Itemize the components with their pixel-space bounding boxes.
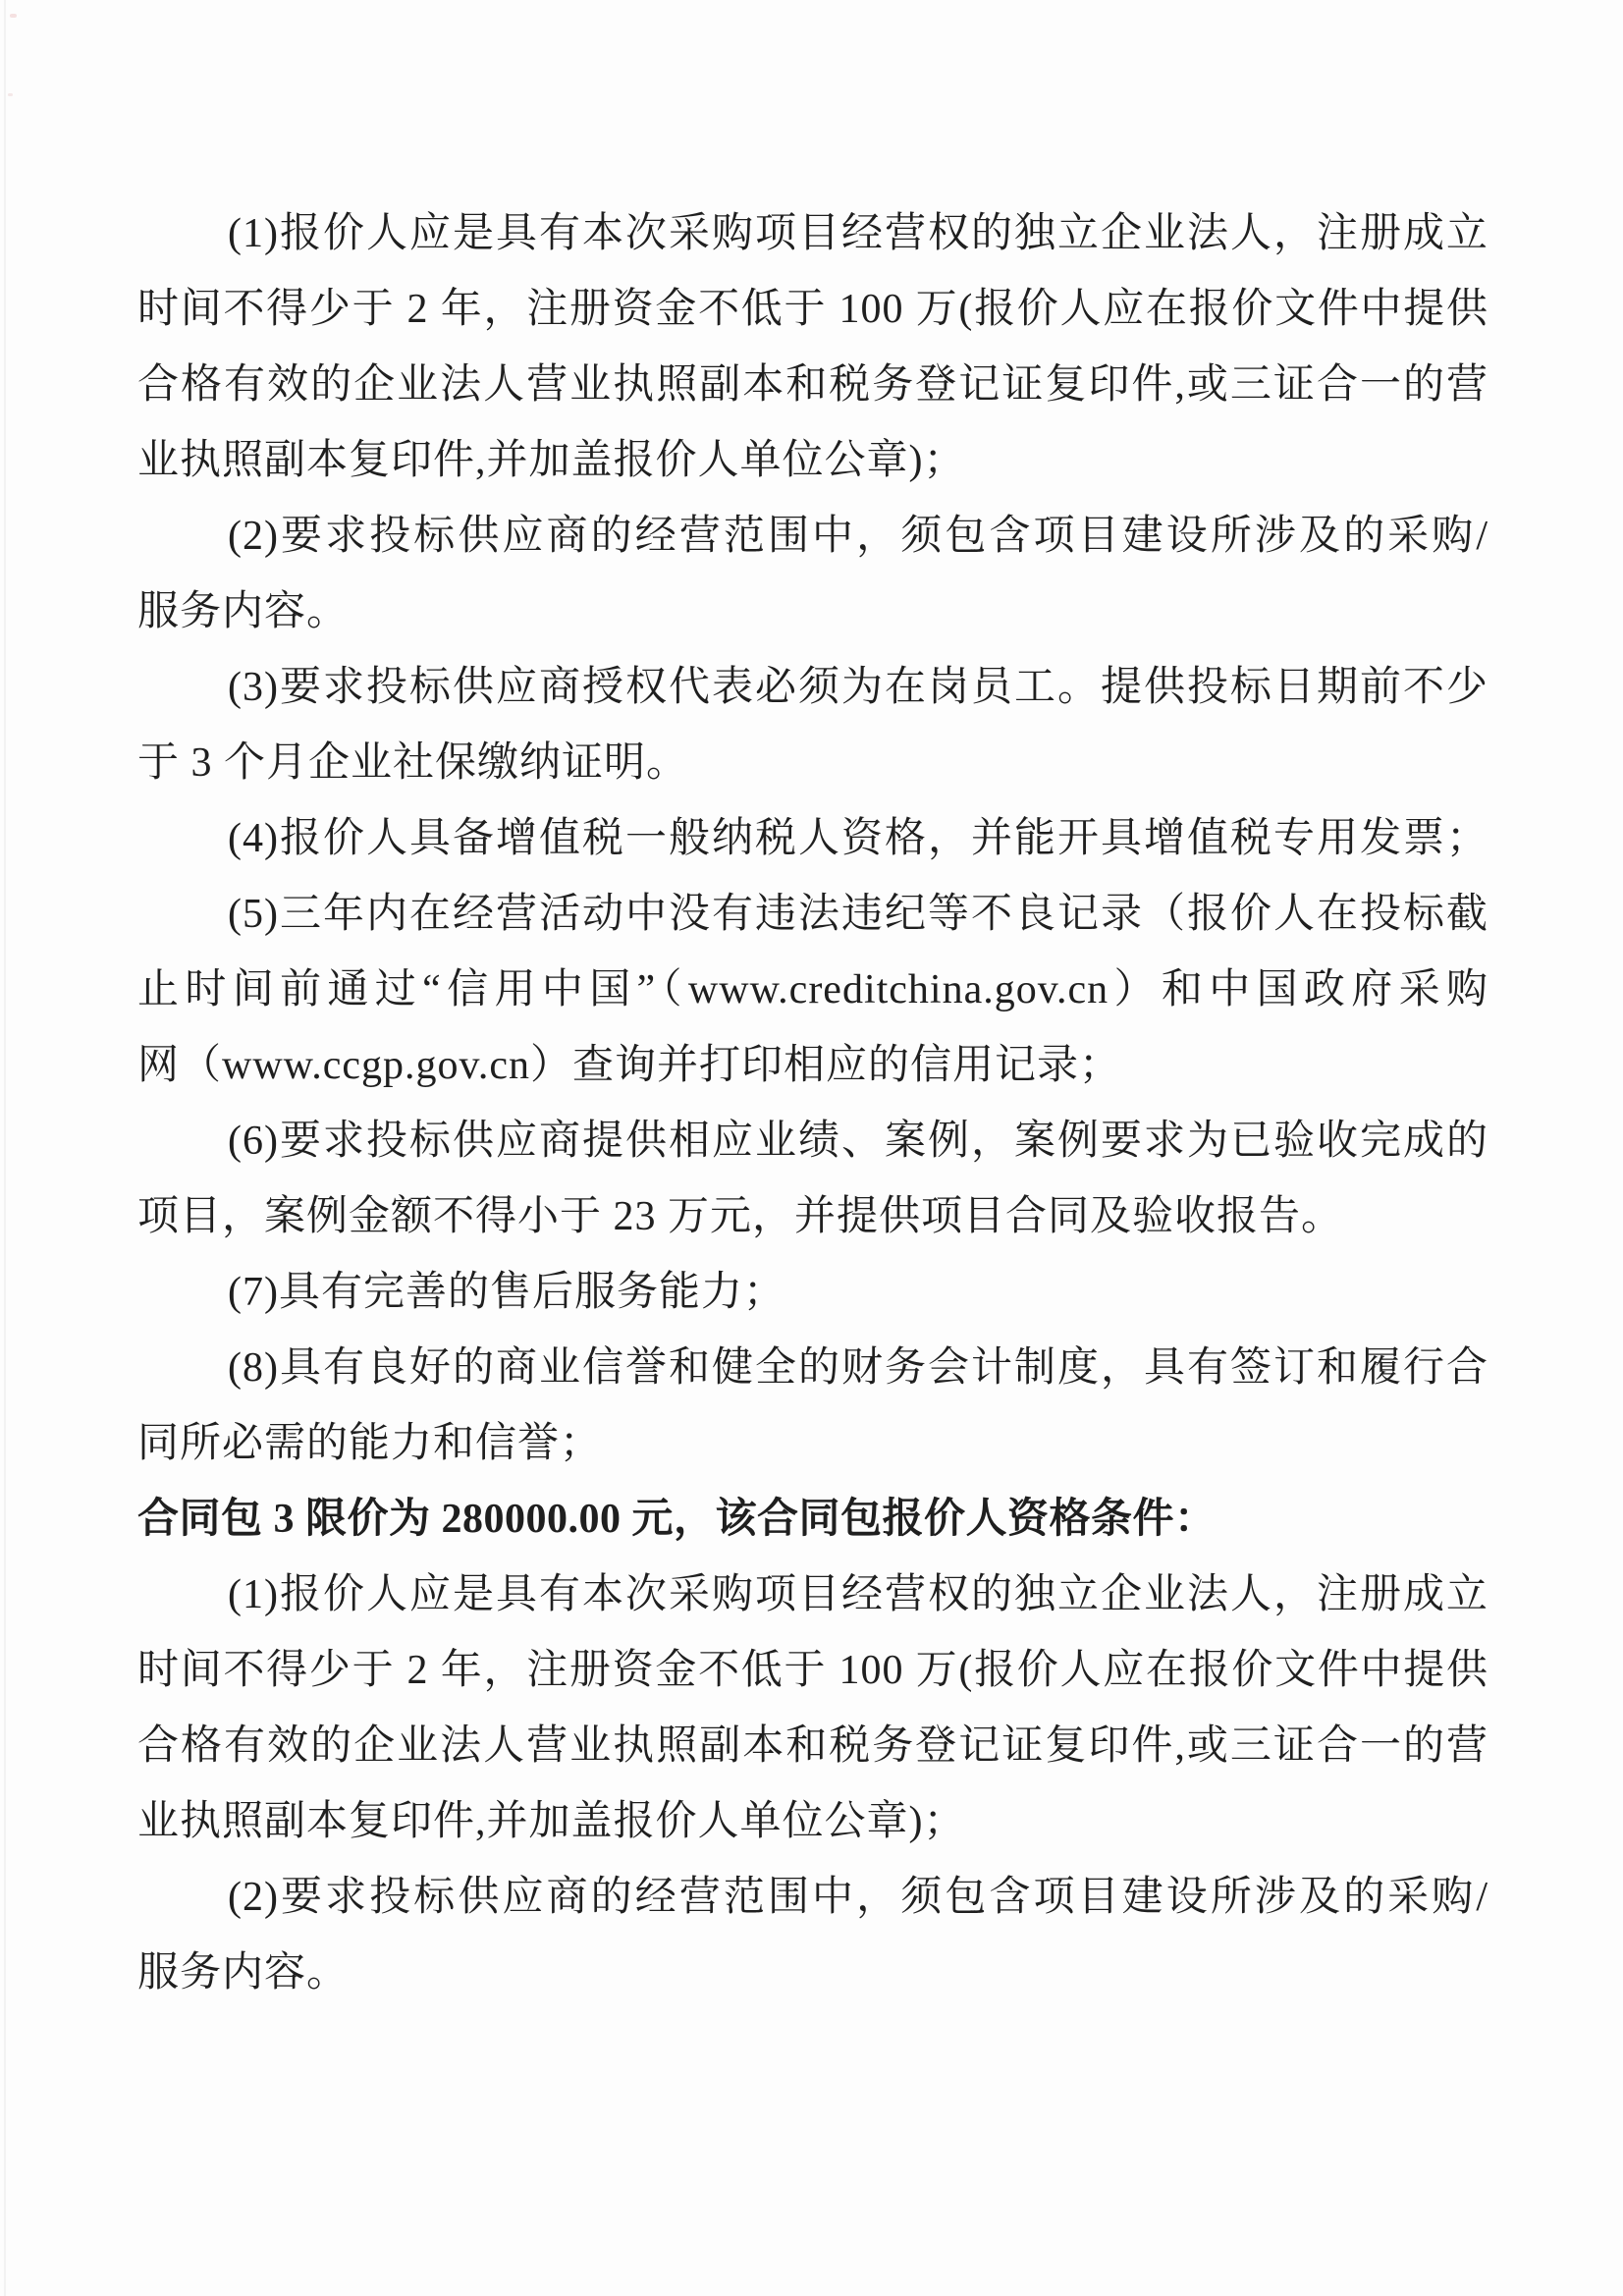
text-line: 项目，案例金额不得小于 23 万元，并提供项目合同及验收报告。 (137, 1179, 1488, 1255)
text-line: 合格有效的企业法人营业执照副本和税务登记证复印件,或三证合一的营 (137, 1709, 1488, 1784)
scan-artifact-speck (8, 93, 13, 96)
text-line: 同所必需的能力和信誉； (137, 1406, 1488, 1482)
text-line: (3)要求投标供应商授权代表必须为在岗员工。提供投标日期前不少 (137, 650, 1488, 726)
text-line: (7)具有完善的售后服务能力； (137, 1255, 1488, 1331)
text-line: (8)具有良好的商业信誉和健全的财务会计制度，具有签订和履行合 (137, 1331, 1488, 1406)
text-line: 业执照副本复印件,并加盖报价人单位公章)； (137, 423, 1488, 499)
text-line: (1)报价人应是具有本次采购项目经营权的独立企业法人，注册成立 (137, 1558, 1488, 1633)
text-line: 于 3 个月企业社保缴纳证明。 (137, 726, 1488, 801)
text-line: (2)要求投标供应商的经营范围中，须包含项目建设所涉及的采购/ (137, 1860, 1488, 1936)
scan-artifact-edge-line (4, 0, 6, 2296)
text-line: (5)三年内在经营活动中没有违法违纪等不良记录（报价人在投标截 (137, 877, 1488, 953)
contract-package-price-heading: 合同包 3 限价为 280000.00 元，该合同包报价人资格条件： (137, 1482, 1488, 1558)
text-line: (1)报价人应是具有本次采购项目经营权的独立企业法人，注册成立 (137, 196, 1488, 272)
text-line: (4)报价人具备增值税一般纳税人资格，并能开具增值税专用发票； (137, 801, 1488, 877)
text-line: 业执照副本复印件,并加盖报价人单位公章)； (137, 1784, 1488, 1860)
text-line: 网（www.ccgp.gov.cn）查询并打印相应的信用记录； (137, 1028, 1488, 1104)
document-page: (1)报价人应是具有本次采购项目经营权的独立企业法人，注册成立 时间不得少于 2… (0, 0, 1623, 2296)
text-line: 合格有效的企业法人营业执照副本和税务登记证复印件,或三证合一的营 (137, 348, 1488, 423)
text-line: 时间不得少于 2 年，注册资金不低于 100 万(报价人应在报价文件中提供 (137, 272, 1488, 348)
text-line: 服务内容。 (137, 1936, 1488, 2011)
text-line: 服务内容。 (137, 574, 1488, 650)
text-line: (6)要求投标供应商提供相应业绩、案例，案例要求为已验收完成的 (137, 1104, 1488, 1179)
text-line: (2)要求投标供应商的经营范围中，须包含项目建设所涉及的采购/ (137, 499, 1488, 574)
document-text: (1)报价人应是具有本次采购项目经营权的独立企业法人，注册成立 时间不得少于 2… (137, 196, 1488, 2011)
text-line: 止时间前通过“信用中国”（www.creditchina.gov.cn）和中国政… (137, 953, 1488, 1028)
scan-artifact-speck (10, 14, 17, 18)
text-line: 时间不得少于 2 年，注册资金不低于 100 万(报价人应在报价文件中提供 (137, 1633, 1488, 1709)
